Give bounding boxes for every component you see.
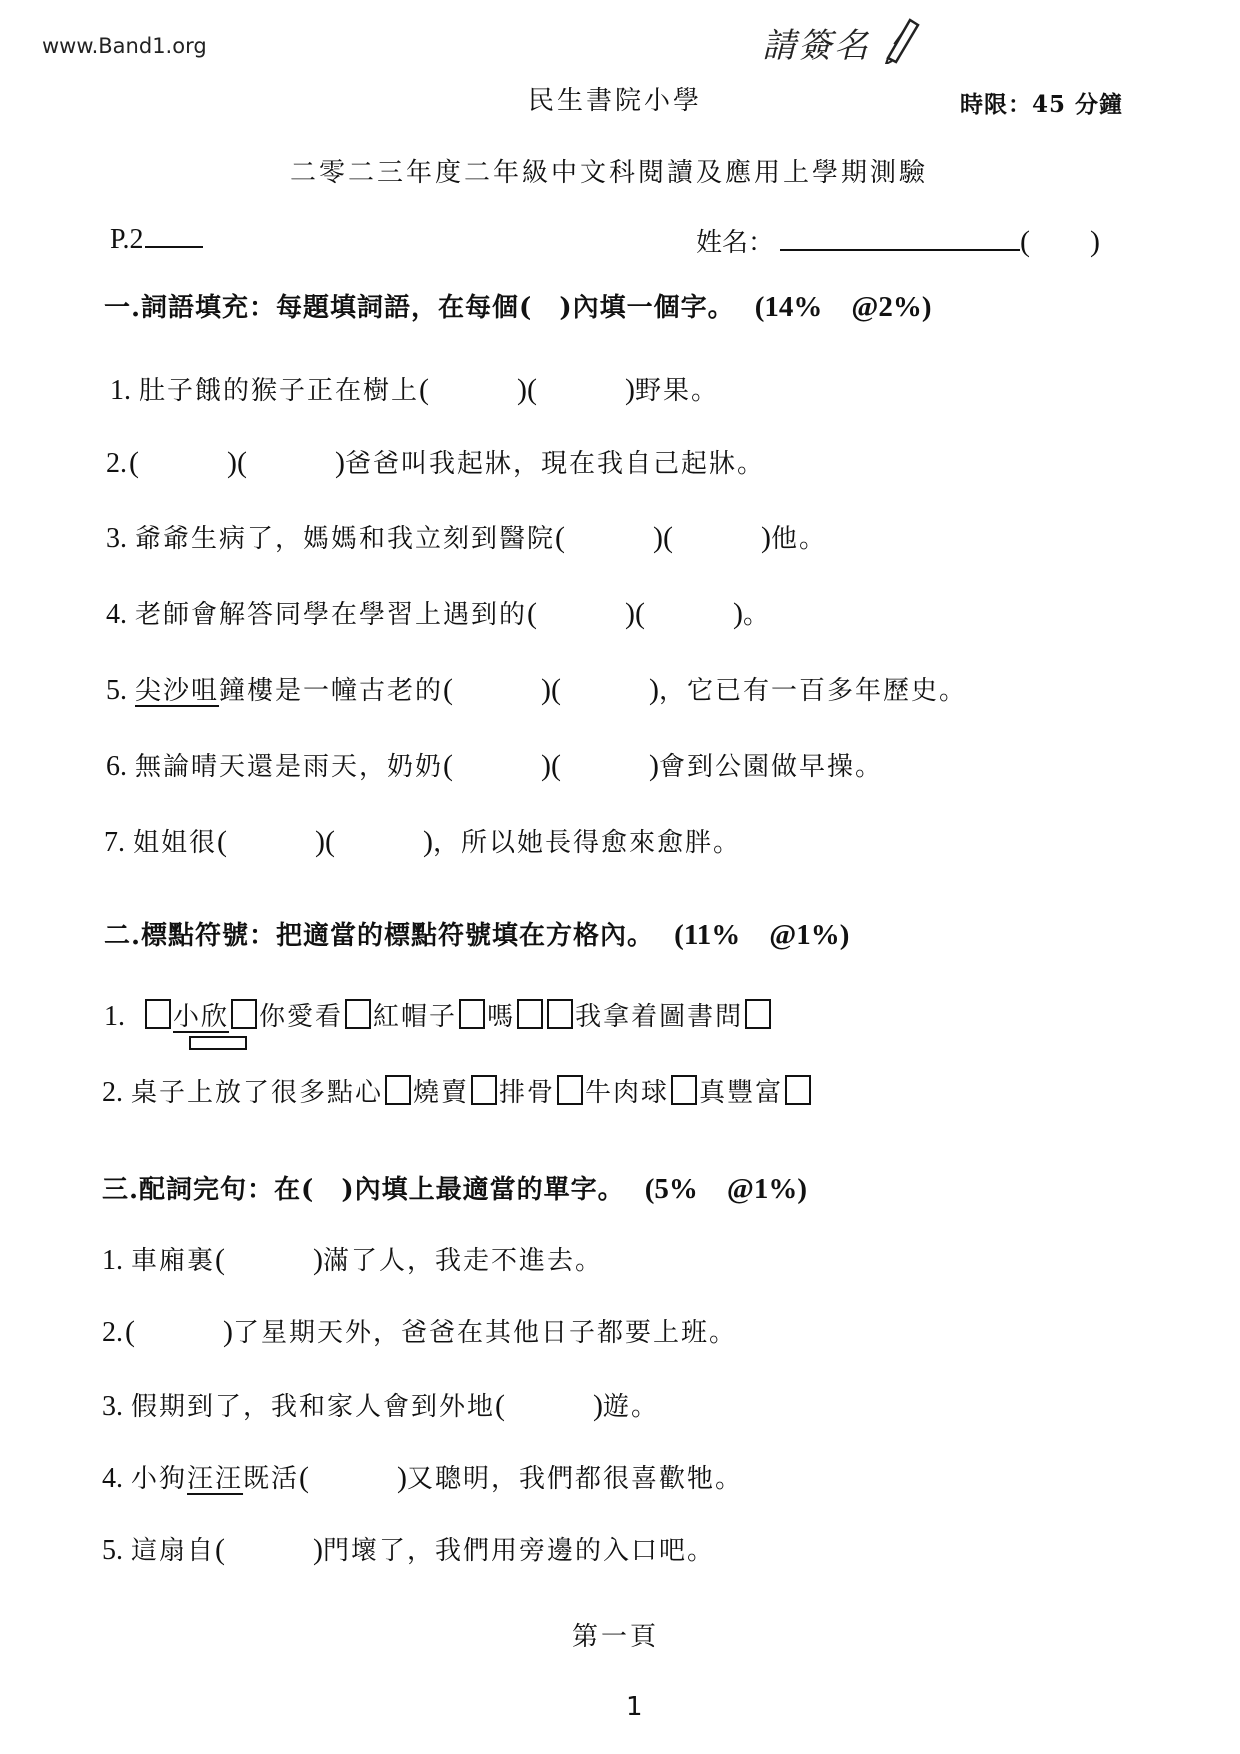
punctuation-box[interactable] [459,999,485,1029]
watermark: www.Band1.org [42,34,207,58]
class-field: P.2 [110,222,203,256]
punctuation-box[interactable] [145,999,171,1029]
s2-question-1: 1.小欣你愛看紅帽子嗎我拿着圖書問 [104,996,773,1033]
punctuation-box[interactable] [557,1075,583,1105]
punctuation-box[interactable] [385,1075,411,1105]
section3-score: (5% @1%) [645,1173,807,1205]
punctuation-box[interactable] [345,999,371,1029]
punctuation-box[interactable] [745,999,771,1029]
name-blank[interactable] [780,227,1020,251]
dog-name-underline: 汪汪 [187,1464,243,1494]
punctuation-box[interactable] [671,1075,697,1105]
exam-title: 二零二三年度二年級中文科閱讀及應用上學期測驗 [290,152,928,189]
s3-question-4: 4.小狗汪汪既活()又聰明，我們都很喜歡牠。 [102,1458,743,1495]
s3-question-5: 5.這扇自()門壞了，我們用旁邊的入口吧。 [102,1530,715,1567]
s1-question-3: 3.爺爺生病了，媽媽和我立刻到醫院()()他。 [106,518,827,555]
punctuation-box[interactable] [471,1075,497,1105]
time-limit: 時限：45 分鐘 [960,86,1123,119]
section1-heading: 一.詞語填充：每題填詞語，在每個( )內填一個字。 (14% @2%) [104,284,932,325]
section2-heading: 二.標點符號：把適當的標點符號填在方格內。 (11% @1%) [104,912,849,953]
s3-question-1: 1.車廂裏()滿了人，我走不進去。 [102,1240,603,1277]
s2-question-2: 2.桌子上放了很多點心燒賣排骨牛肉球真豐富 [102,1072,813,1109]
s1-question-2: 2.()()爸爸叫我起牀，現在我自己起牀。 [106,443,765,480]
punctuation-box[interactable] [785,1075,811,1105]
punctuation-box[interactable] [231,999,257,1029]
s1-question-6: 6.無論晴天還是雨天，奶奶()()會到公園做早操。 [106,746,883,783]
s1-question-4: 4.老師會解答同學在學習上遇到的()()。 [106,594,771,631]
s1-question-7: 7.姐姐很()()，所以她長得愈來愈胖。 [104,822,741,859]
place-name-underline: 尖沙咀 [135,676,219,706]
s1-question-5: 5.尖沙咀鐘樓是一幢古老的()()，它已有一百多年歷史。 [106,670,967,707]
punctuation-box[interactable] [547,999,573,1029]
section1-score: (14% @2%) [755,291,932,323]
proper-noun-mark-box[interactable] [189,1036,247,1050]
signature-label: 請簽名 [762,18,870,67]
s3-question-3: 3.假期到了，我和家人會到外地()遊。 [102,1386,659,1423]
class-prefix: P.2 [110,224,143,255]
page-number: 1 [626,1692,643,1722]
punctuation-box[interactable] [517,999,543,1029]
page-label: 第一頁 [572,1616,659,1653]
class-blank[interactable] [145,222,203,248]
school-name: 民生書院小學 [528,80,702,117]
s1-question-1: 1.肚子餓的猴子正在樹上()()野果。 [110,370,719,407]
section3-heading: 三.配詞完句：在( )內填上最適當的單字。 (5% @1%) [102,1166,807,1207]
section2-score: (11% @1%) [674,919,849,951]
name-field: 姓名：() [696,222,1100,259]
s3-question-2: 2.()了星期天外，爸爸在其他日子都要上班。 [102,1312,737,1349]
name-label: 姓名： [696,228,774,258]
pencil-icon [880,14,920,64]
